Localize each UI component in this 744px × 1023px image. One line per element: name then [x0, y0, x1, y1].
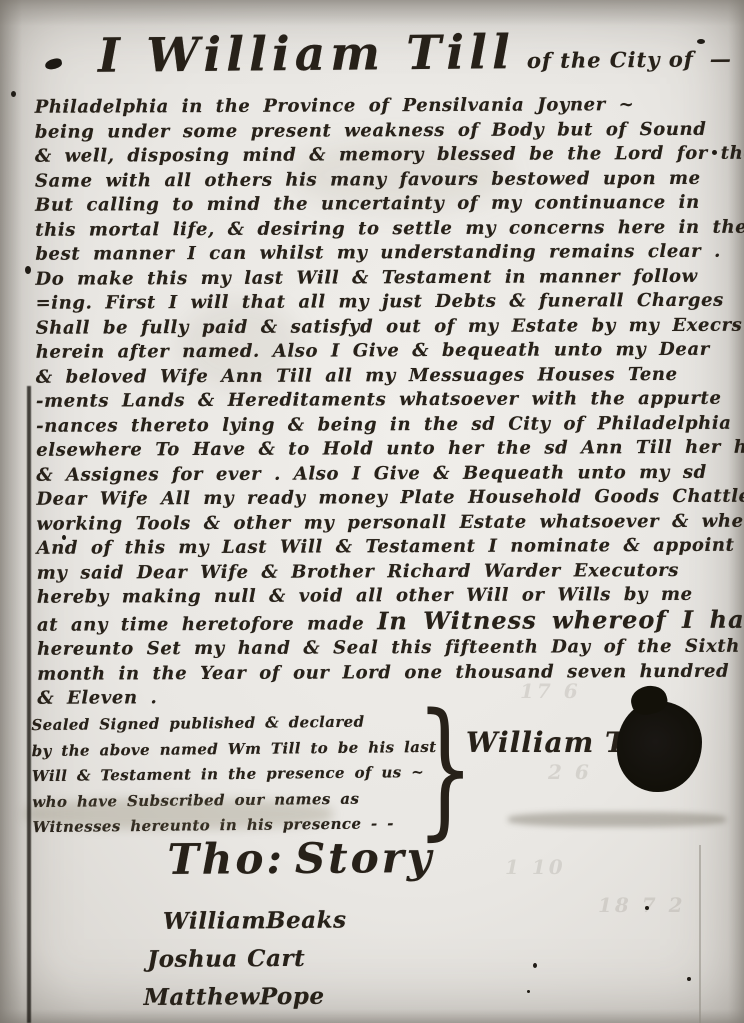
ghost-annotation: 2 6 — [548, 760, 592, 784]
will-line: month in the Year of our Lord one thousa… — [37, 659, 744, 687]
paper-crease-line — [699, 845, 701, 1023]
will-line: & well, disposing mind & memory blessed … — [35, 141, 744, 169]
witness-first-name: Tho: — [167, 834, 285, 884]
will-document-photo: I William Till of the City of — Philadel… — [0, 0, 744, 1023]
will-line: & beloved Wife Ann Till all my Messuages… — [36, 362, 744, 390]
ink-speck — [62, 535, 66, 540]
heading-suffix: of the City of — [527, 47, 694, 73]
ink-speck — [645, 906, 649, 910]
ghost-annotation: 1 10 — [505, 855, 566, 879]
will-line: my said Dear Wife & Brother Richard Ward… — [37, 558, 744, 586]
heading: I William Till of the City of — — [98, 23, 731, 84]
will-line: & Assignes for ever . Also I Give & Bequ… — [36, 460, 744, 488]
witness-signature: Tho:Story — [167, 833, 434, 884]
photo-edge-shadow-bottom — [0, 1009, 744, 1023]
ghost-annotation: 18 7 2 — [598, 893, 686, 917]
witness-first-name: William — [163, 907, 266, 935]
will-line: Same with all others his many favours be… — [35, 166, 744, 194]
will-line: Shall be fully paid & satisfyd out of my… — [36, 313, 744, 341]
ink-speck — [11, 91, 16, 97]
witness-clause-emphasis: In Witness whereof I have — [377, 604, 744, 635]
ink-smudge — [25, 799, 333, 829]
will-line: Do make this my last Will & Testament in… — [35, 264, 744, 292]
witness-clause-line: at any time heretofore made In Witness w… — [37, 607, 744, 638]
will-line: elsewhere To Have & to Hold unto her the… — [36, 435, 744, 463]
will-line: Dear Wife All my ready money Plate House… — [36, 484, 744, 512]
will-line: And of this my Last Will & Testament I n… — [37, 533, 744, 561]
witness-signature: MatthewPope — [143, 982, 435, 1011]
testator-name-heading: I William Till — [98, 25, 515, 84]
heading-dash: — — [710, 46, 731, 71]
ghost-annotation: 17 6 — [520, 679, 581, 703]
photo-edge-shadow-left — [0, 0, 22, 1023]
will-line: =ing. First I will that all my just Debt… — [36, 288, 744, 316]
will-line: -nances thereto lying & being in the sd … — [36, 411, 744, 439]
will-line: But calling to mind the uncertainty of m… — [35, 190, 744, 218]
witness-signature: JoshuaCart — [147, 944, 435, 973]
will-line: being under some present weakness of Bod… — [35, 117, 744, 145]
witness-first-name: Matthew — [143, 983, 259, 1011]
photo-edge-shadow-top — [0, 0, 744, 26]
ink-speck — [712, 150, 717, 155]
ink-smudge — [508, 812, 726, 827]
witness-last-name: Story — [295, 833, 435, 883]
attestation-brace: } — [416, 694, 474, 842]
will-line: best manner I can whilst my understandin… — [35, 239, 744, 267]
witness-last-name: Cart — [247, 945, 305, 972]
ink-speck — [687, 977, 691, 981]
witness-first-name: Joshua — [147, 945, 247, 973]
black-wax-seal — [617, 701, 702, 792]
witness-signature: WilliamBeaks — [163, 906, 435, 935]
ink-speck — [533, 963, 537, 968]
will-body: Philadelphia in the Province of Pensilva… — [35, 92, 744, 711]
will-line: herein after named. Also I Give & bequea… — [36, 337, 744, 365]
ink-blotch — [44, 57, 63, 70]
witness-signatures: Tho:Story WilliamBeaks JoshuaCart Matthe… — [139, 833, 435, 1011]
ink-speck — [527, 990, 530, 993]
will-line: this mortal life, & desiring to settle m… — [35, 215, 744, 243]
binding-shadow-line — [27, 386, 31, 1023]
will-line: working Tools & other my personall Estat… — [36, 509, 744, 537]
will-line: Philadelphia in the Province of Pensilva… — [35, 92, 744, 120]
will-line: hereunto Set my hand & Seal this fifteen… — [37, 634, 744, 662]
witness-clause-prefix: at any time heretofore made — [37, 613, 377, 635]
ink-speck — [25, 266, 31, 274]
witness-last-name: Beaks — [266, 907, 347, 935]
attestation-line: Will & Testament in the presence of us ~ — [32, 760, 437, 790]
ink-speck — [697, 39, 705, 44]
will-line: -ments Lands & Hereditaments whatsoever … — [36, 386, 744, 414]
witness-last-name: Pope — [260, 983, 325, 1010]
